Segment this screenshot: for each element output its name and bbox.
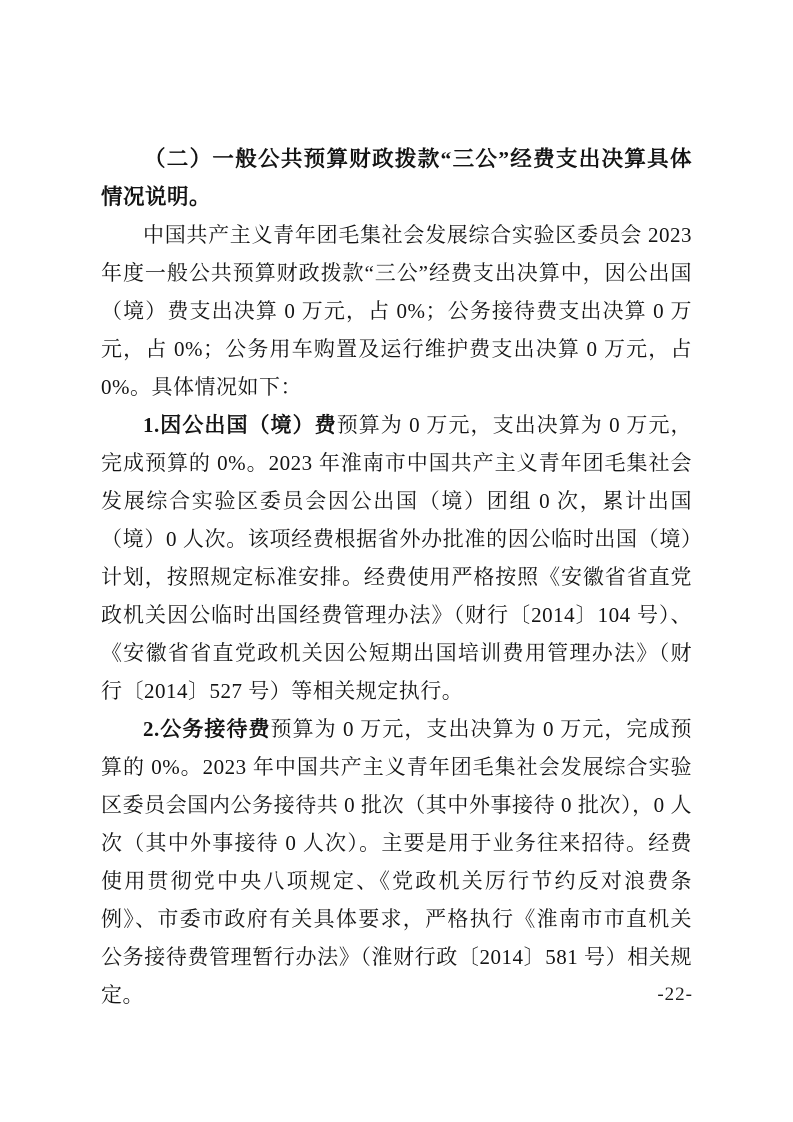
paragraph-item-1: 1.因公出国（境）费预算为 0 万元，支出决算为 0 万元，完成预算的 0%。2… <box>101 406 692 710</box>
section-heading: （二）一般公共预算财政拨款“三公”经费支出决算具体情况说明。 <box>101 140 692 216</box>
paragraph-item-2-text: 预算为 0 万元，支出决算为 0 万元，完成预算的 0%。2023 年中国共产主… <box>101 717 692 1007</box>
paragraph-item-2: 2.公务接待费预算为 0 万元，支出决算为 0 万元，完成预算的 0%。2023… <box>101 710 692 1014</box>
document-body: （二）一般公共预算财政拨款“三公”经费支出决算具体情况说明。 中国共产主义青年团… <box>101 140 692 1014</box>
paragraph-overview-text: 中国共产主义青年团毛集社会发展综合实验区委员会 2023 年度一般公共预算财政拨… <box>101 223 692 399</box>
document-page: （二）一般公共预算财政拨款“三公”经费支出决算具体情况说明。 中国共产主义青年团… <box>0 0 793 1122</box>
paragraph-overview: 中国共产主义青年团毛集社会发展综合实验区委员会 2023 年度一般公共预算财政拨… <box>101 216 692 406</box>
paragraph-item-2-lead: 2.公务接待费 <box>143 717 271 741</box>
paragraph-item-1-lead: 1.因公出国（境）费 <box>143 413 337 437</box>
page-number: -22- <box>657 984 693 1006</box>
paragraph-item-1-text: 预算为 0 万元，支出决算为 0 万元，完成预算的 0%。2023 年淮南市中国… <box>101 413 692 703</box>
